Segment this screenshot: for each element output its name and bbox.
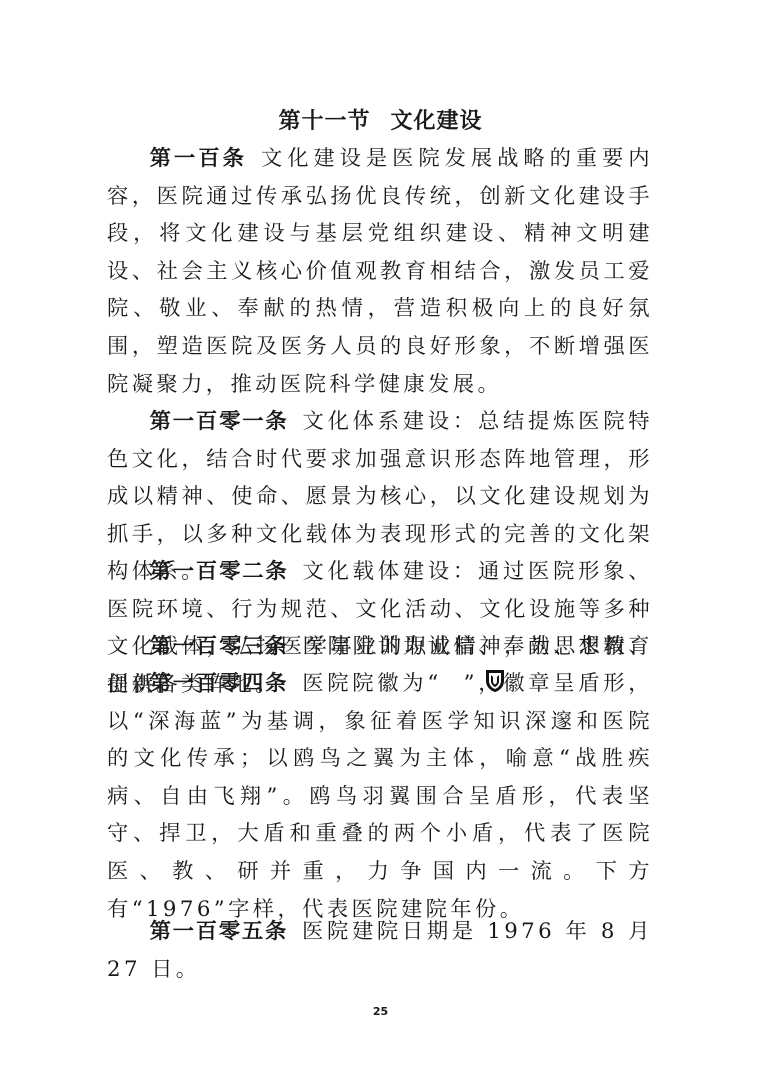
article-text: 文化建设是医院发展战略的重要内容，医院通过传承弘扬优良传统，创新文化建设手段，将… <box>107 146 653 397</box>
article-104: 第一百零四条医院院徽为“”，徽章呈盾形，以“深海蓝”为基调，象征着医学知识深邃和… <box>107 665 653 928</box>
section-heading: 第十一节文化建设 <box>0 106 761 136</box>
article-label: 第一百零五条 <box>150 919 288 944</box>
article-label: 第一百条 <box>150 146 247 171</box>
section-title: 文化建设 <box>391 108 483 134</box>
page-number: 25 <box>0 1005 761 1018</box>
article-text-after-emblem: ”，徽章呈盾形，以“深海蓝”为基调，象征着医学知识深邃和医院的文化传承；以鸥鸟之… <box>107 671 653 922</box>
article-100: 第一百条文化建设是医院发展战略的重要内容，医院通过传承弘扬优良传统，创新文化建设… <box>107 140 653 403</box>
article-105: 第一百零五条医院建院日期是 1976 年 8 月 27 日。 <box>107 913 653 988</box>
article-label: 第一百零三条 <box>150 634 289 659</box>
shield-emblem-icon <box>443 668 463 692</box>
document-page: 第十一节文化建设 第一百条文化建设是医院发展战略的重要内容，医院通过传承弘扬优良… <box>0 0 761 1080</box>
article-label: 第一百零二条 <box>150 559 289 584</box>
article-label: 第一百零四条 <box>150 671 289 696</box>
article-text-before-emblem: 医院院徽为“ <box>302 671 441 696</box>
section-number: 第十一节 <box>278 108 370 134</box>
article-label: 第一百零一条 <box>150 409 289 434</box>
